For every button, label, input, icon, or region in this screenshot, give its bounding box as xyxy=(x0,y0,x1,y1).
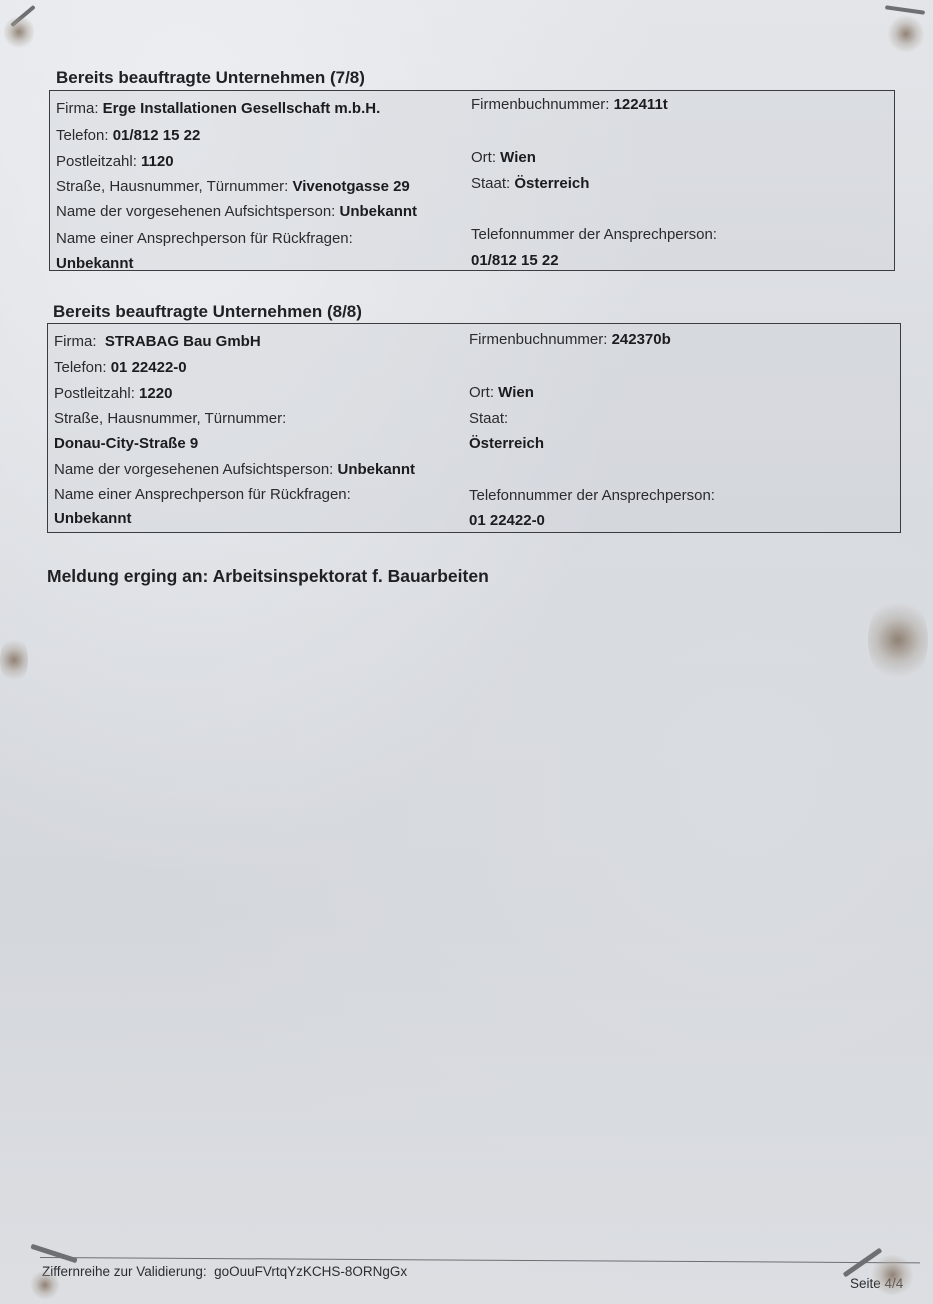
section-title-8: Bereits beauftragte Unternehmen (8/8) xyxy=(53,302,362,322)
tear-mark-icon xyxy=(30,1270,60,1300)
staat-field: Staat: Österreich xyxy=(471,175,589,192)
firmenbuch-field: Firmenbuchnummer: 242370b xyxy=(469,331,671,348)
ansprech-label: Name einer Ansprechperson für Rückfragen… xyxy=(56,230,353,247)
notification-recipient: Meldung erging an: Arbeitsinspektorat f.… xyxy=(47,566,489,587)
strasse-label: Straße, Hausnummer, Türnummer: xyxy=(56,178,288,195)
telefon-label: Telefon: xyxy=(54,359,107,376)
tear-mark-icon xyxy=(868,595,928,685)
ort-value: Wien xyxy=(498,384,534,401)
staat-value: Österreich xyxy=(469,435,544,452)
strasse-field: Straße, Hausnummer, Türnummer: Vivenotga… xyxy=(56,178,410,195)
company-box-7: Firma: Erge Installationen Gesellschaft … xyxy=(49,90,895,271)
validation-line: Ziffernreihe zur Validierung: goOuuFVrtq… xyxy=(42,1264,407,1279)
aufsicht-field: Name der vorgesehenen Aufsichtsperson: U… xyxy=(54,461,415,478)
aufsicht-value: Unbekannt xyxy=(340,203,418,220)
ort-label: Ort: xyxy=(469,384,494,401)
ansprech-value: Unbekannt xyxy=(54,510,132,527)
ansprech-tel-value: 01/812 15 22 xyxy=(471,252,559,269)
telefon-field: Telefon: 01 22422-0 xyxy=(54,359,187,376)
firmenbuch-value: 242370b xyxy=(612,331,671,348)
firma-value: STRABAG Bau GmbH xyxy=(105,333,261,350)
staple-icon xyxy=(30,1244,77,1264)
plz-value: 1120 xyxy=(141,153,174,170)
firma-field: Firma: STRABAG Bau GmbH xyxy=(54,333,261,350)
firmenbuch-label: Firmenbuchnummer: xyxy=(471,96,609,113)
validation-label: Ziffernreihe zur Validierung: xyxy=(42,1264,207,1279)
telefon-label: Telefon: xyxy=(56,127,109,144)
strasse-label: Straße, Hausnummer, Türnummer: xyxy=(54,410,286,427)
ansprech-tel-label: Telefonnummer der Ansprechperson: xyxy=(471,226,717,243)
firmenbuch-value: 122411t xyxy=(614,96,668,113)
ort-field: Ort: Wien xyxy=(471,149,536,166)
plz-field: Postleitzahl: 1220 xyxy=(54,385,172,402)
ansprech-tel-label: Telefonnummer der Ansprechperson: xyxy=(469,487,715,504)
telefon-field: Telefon: 01/812 15 22 xyxy=(56,127,200,144)
firmenbuch-label: Firmenbuchnummer: xyxy=(469,331,607,348)
validation-code: goOuuFVrtqYzKCHS-8ORNgGx xyxy=(214,1264,407,1279)
strasse-value: Vivenotgasse 29 xyxy=(292,178,409,195)
ort-value: Wien xyxy=(500,149,536,166)
telefon-value: 01 22422-0 xyxy=(111,359,187,376)
aufsicht-label: Name der vorgesehenen Aufsichtsperson: xyxy=(54,461,333,478)
staat-label: Staat: xyxy=(471,175,510,192)
section-title-7: Bereits beauftragte Unternehmen (7/8) xyxy=(56,68,365,88)
firma-value: Erge Installationen Gesellschaft m.b.H. xyxy=(103,100,381,117)
telefon-value: 01/812 15 22 xyxy=(113,127,201,144)
firma-label: Firma: xyxy=(56,100,99,117)
plz-label: Postleitzahl: xyxy=(56,153,137,170)
strasse-value: Donau-City-Straße 9 xyxy=(54,435,198,452)
aufsicht-label: Name der vorgesehenen Aufsichtsperson: xyxy=(56,203,335,220)
tear-mark-icon xyxy=(888,14,924,54)
ansprech-value: Unbekannt xyxy=(56,255,134,272)
firma-field: Firma: Erge Installationen Gesellschaft … xyxy=(56,100,380,117)
company-box-8: Firma: STRABAG Bau GmbH Firmenbuchnummer… xyxy=(47,323,901,533)
ansprech-tel-value: 01 22422-0 xyxy=(469,512,545,529)
ort-field: Ort: Wien xyxy=(469,384,534,401)
firma-label: Firma: xyxy=(54,333,97,350)
tear-mark-icon xyxy=(0,635,28,685)
plz-field: Postleitzahl: 1120 xyxy=(56,153,174,170)
tear-mark-icon xyxy=(870,1255,915,1295)
aufsicht-field: Name der vorgesehenen Aufsichtsperson: U… xyxy=(56,203,417,220)
ort-label: Ort: xyxy=(471,149,496,166)
aufsicht-value: Unbekannt xyxy=(338,461,416,478)
staat-label: Staat: xyxy=(469,410,508,427)
plz-value: 1220 xyxy=(139,385,172,402)
tear-mark-icon xyxy=(4,14,34,50)
staat-value: Österreich xyxy=(514,175,589,192)
firmenbuch-field: Firmenbuchnummer: 122411t xyxy=(471,96,668,113)
ansprech-label: Name einer Ansprechperson für Rückfragen… xyxy=(54,486,351,503)
footer-divider xyxy=(40,1257,920,1263)
plz-label: Postleitzahl: xyxy=(54,385,135,402)
